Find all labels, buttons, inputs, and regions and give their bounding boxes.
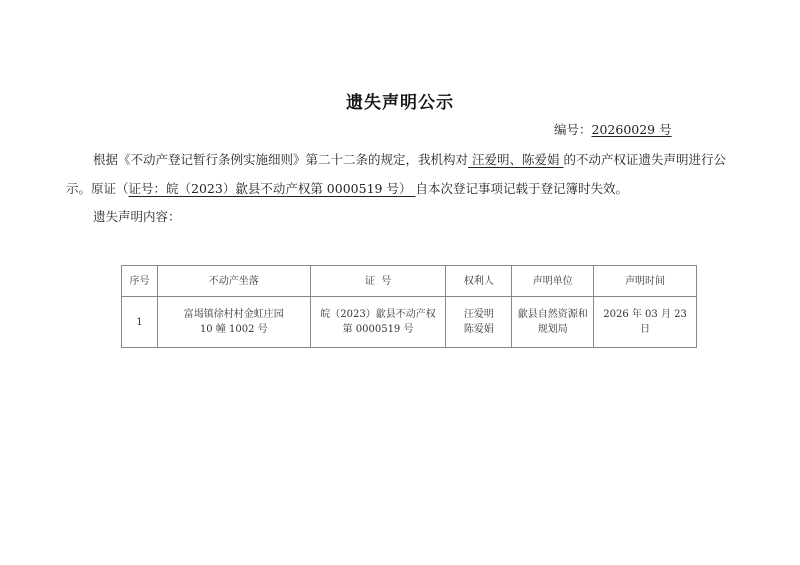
document-title: 遗失声明公示 <box>0 88 800 113</box>
announcement-paragraph: 根据《不动产登记暂行条例实施细则》第二十二条的规定，我机构对 汪爱明、陈爱娟 的… <box>66 145 738 203</box>
owner-line-1: 汪爱明 <box>450 307 507 322</box>
paragraph-text-3: 自本次登记事项记载于登记簿时失效。 <box>415 181 628 196</box>
paragraph-text-1: 根据《不动产登记暂行条例实施细则》第二十二条的规定，我机构对 <box>93 152 468 167</box>
cell-index: 1 <box>122 297 158 348</box>
header-date: 声明时间 <box>594 266 697 297</box>
cell-location: 富堨镇徐村村金虹庄园 10 幢 1002 号 <box>157 297 310 348</box>
serial-label: 编号： <box>554 122 592 137</box>
cell-cert-number: 皖（2023）歙县不动产权 第 0000519 号 <box>310 297 446 348</box>
header-index: 序号 <box>122 266 158 297</box>
serial-number-line: 编号：20260029 号 <box>554 120 672 138</box>
header-owner: 权利人 <box>446 266 512 297</box>
content-label: 遗失声明内容： <box>93 207 181 225</box>
table-header-row: 序号 不动产坐落 证 号 权利人 声明单位 声明时间 <box>122 266 697 297</box>
cert-number-underlined: 证号：皖（2023）歙县不动产权第 0000519 号） <box>129 181 416 196</box>
serial-number: 20260029 号 <box>592 122 672 137</box>
cell-date: 2026 年 03 月 23 日 <box>594 297 697 348</box>
unit-line-2: 规划局 <box>516 322 589 337</box>
header-unit: 声明单位 <box>512 266 594 297</box>
owner-line-2: 陈爱娟 <box>450 322 507 337</box>
table-row: 1 富堨镇徐村村金虹庄园 10 幢 1002 号 皖（2023）歙县不动产权 第… <box>122 297 697 348</box>
header-location: 不动产坐落 <box>157 266 310 297</box>
cert-line-2: 第 0000519 号 <box>315 322 442 337</box>
cert-line-1: 皖（2023）歙县不动产权 <box>315 307 442 322</box>
cell-owner: 汪爱明 陈爱娟 <box>446 297 512 348</box>
owners-underlined: 汪爱明、陈爱娟 <box>468 152 563 167</box>
loss-declaration-table: 序号 不动产坐落 证 号 权利人 声明单位 声明时间 1 富堨镇徐村村金虹庄园 … <box>121 265 697 348</box>
unit-line-1: 歙县自然资源和 <box>516 307 589 322</box>
cell-unit: 歙县自然资源和 规划局 <box>512 297 594 348</box>
location-line-1: 富堨镇徐村村金虹庄园 <box>162 307 306 322</box>
location-line-2: 10 幢 1002 号 <box>162 322 306 337</box>
header-cert-number: 证 号 <box>310 266 446 297</box>
